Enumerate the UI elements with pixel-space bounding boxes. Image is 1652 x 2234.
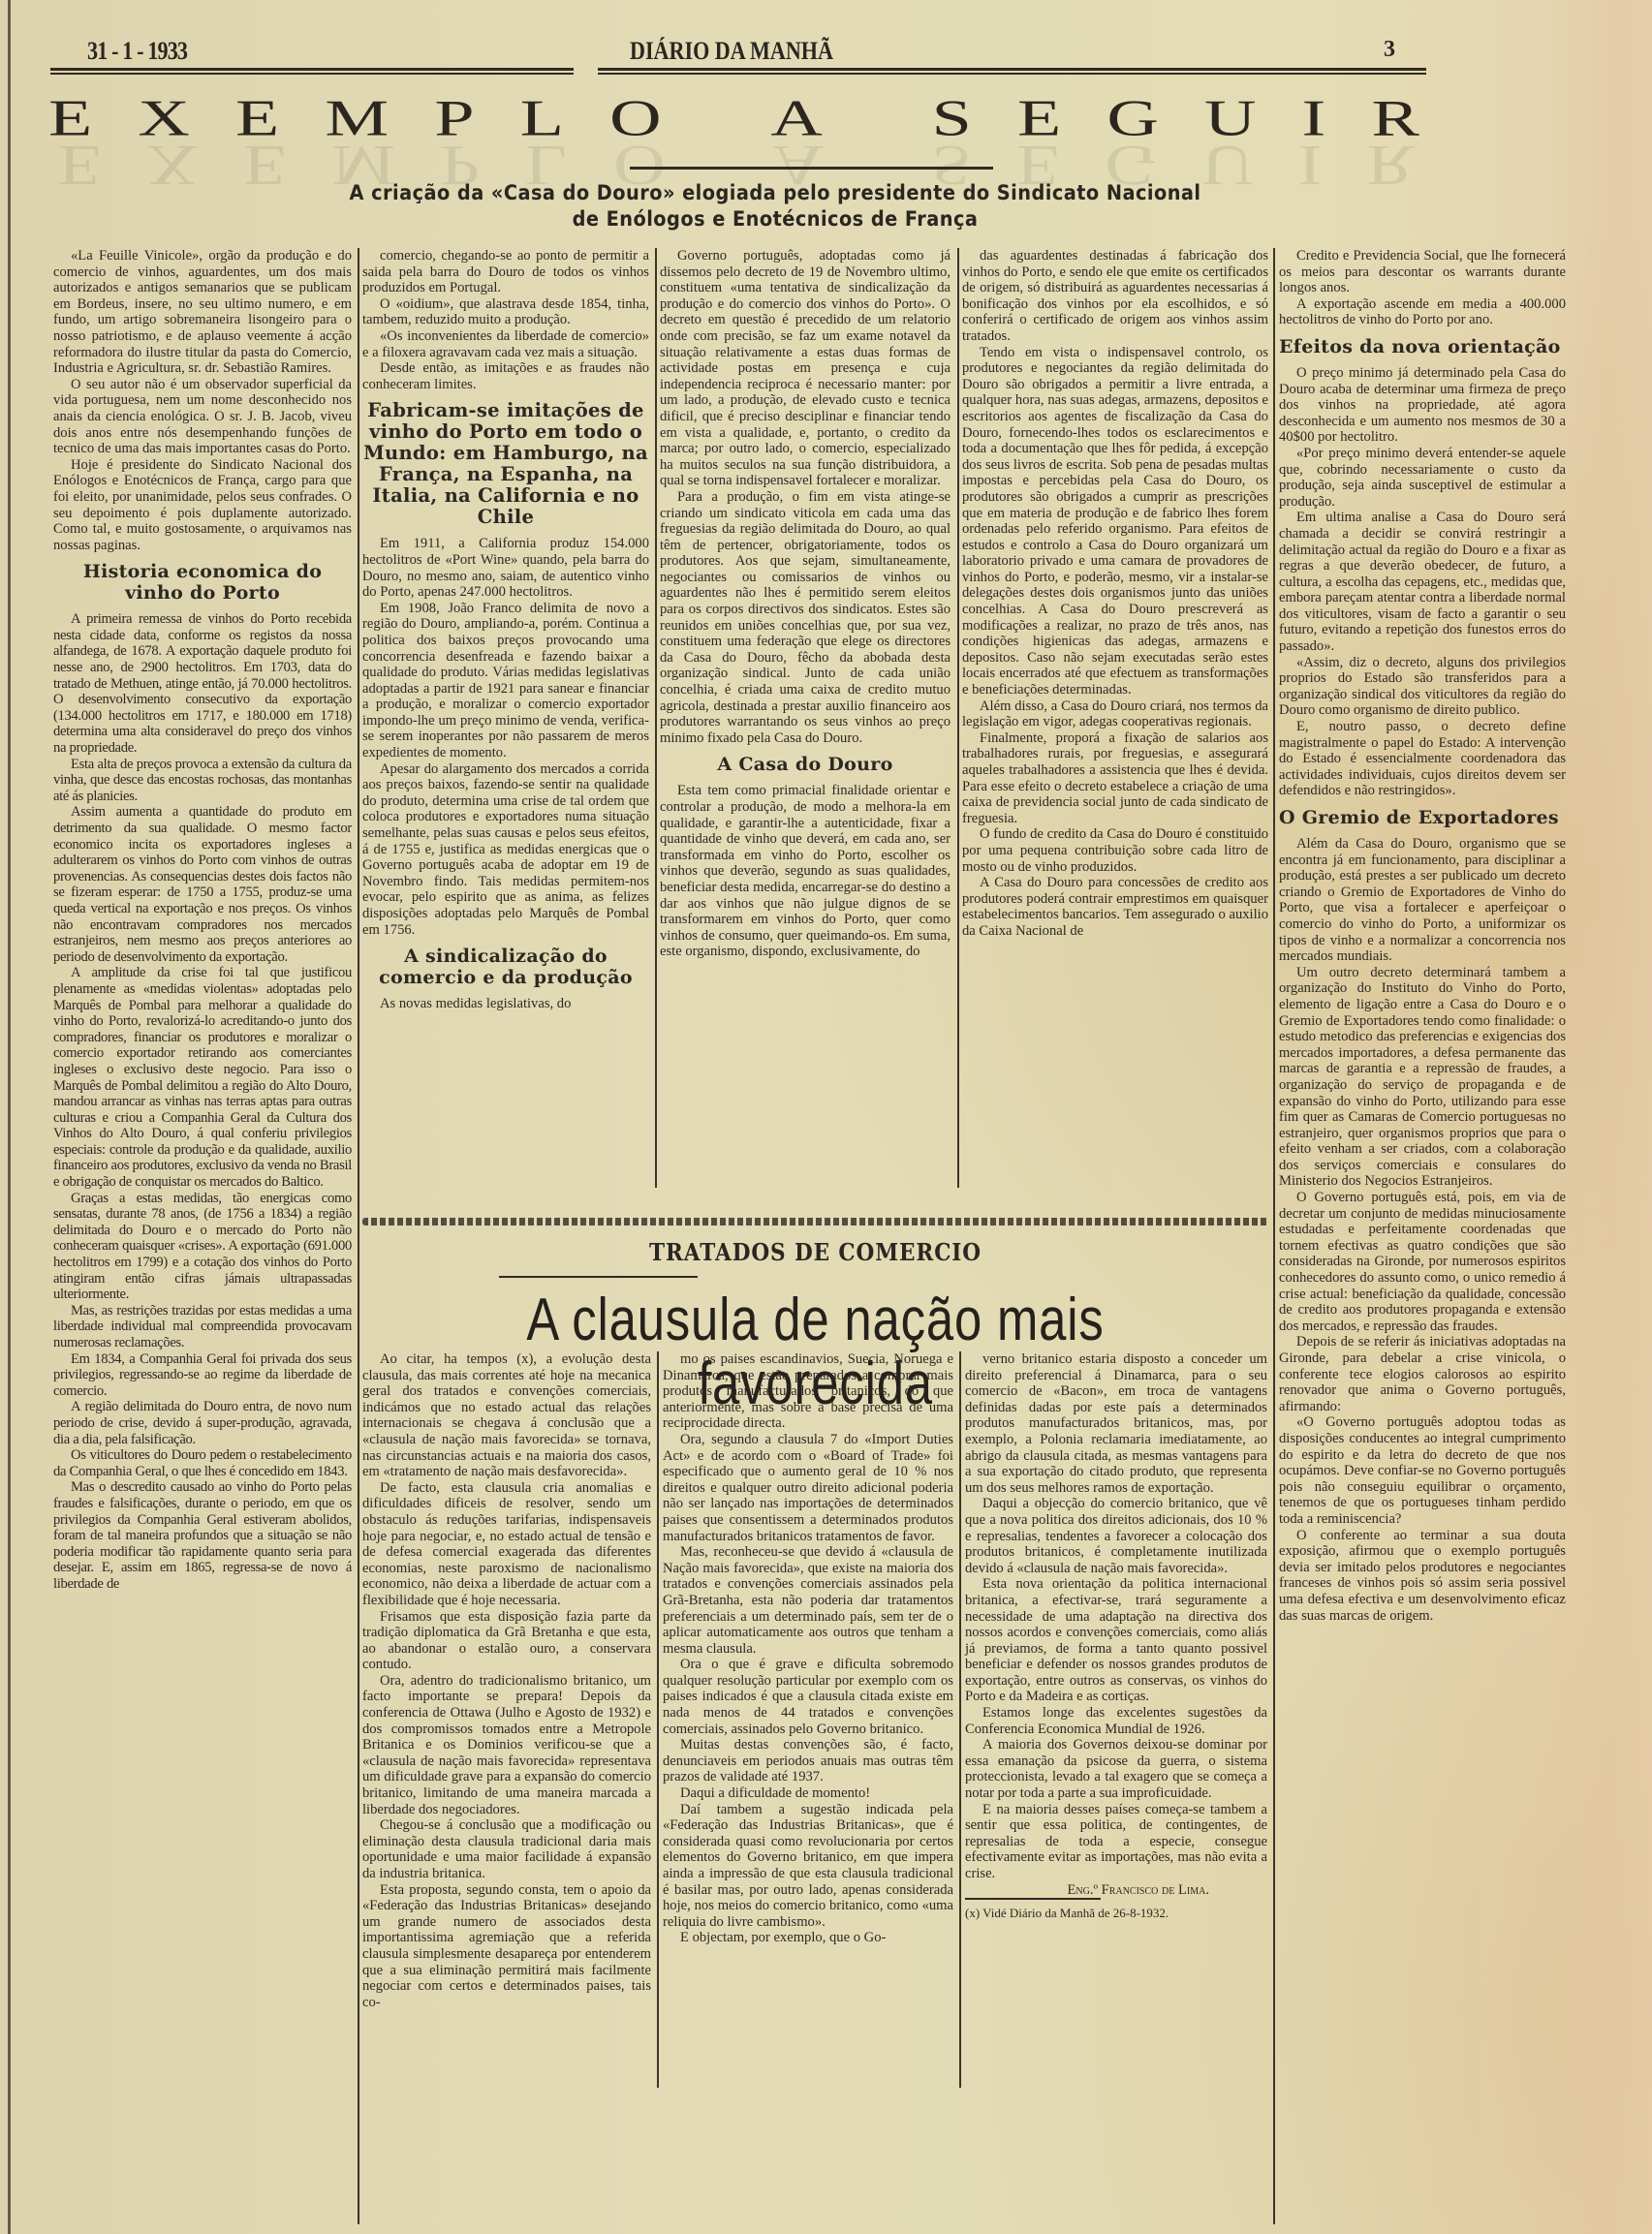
paragraph: Em 1834, a Companhia Geral foi privada d… bbox=[53, 1351, 352, 1400]
newspaper-page: 31 - 1 - 1933 DIÁRIO DA MANHÃ 3 EXEMPLO … bbox=[0, 0, 1652, 2234]
paragraph: A maioria dos Governos deixou-se dominar… bbox=[965, 1737, 1267, 1801]
bleed-letter: E bbox=[58, 151, 102, 198]
issue-date: 31 - 1 - 1933 bbox=[87, 37, 187, 66]
paragraph: Finalmente, proporá a fixação de salario… bbox=[962, 730, 1268, 827]
paragraph: O «oidium», que alastrava desde 1854, ti… bbox=[362, 296, 649, 328]
article1-column-2: comercio, chegando-se ao ponto de permit… bbox=[362, 248, 649, 1012]
paragraph: Mas, as restrições trazidas por estas me… bbox=[53, 1303, 352, 1351]
article2-column-3: verno britanico estaria disposto a conce… bbox=[965, 1351, 1267, 1922]
paragraph: «Por preço minimo deverá entender-se aqu… bbox=[1279, 446, 1566, 510]
paragraph: verno britanico estaria disposto a conce… bbox=[965, 1351, 1267, 1496]
paragraph: Ora, adentro do tradicionalismo britanic… bbox=[362, 1673, 651, 1817]
paragraph: As novas medidas legislativas, do bbox=[362, 996, 649, 1012]
paragraph: Esta nova orientação da politica interna… bbox=[965, 1576, 1267, 1705]
paragraph: O preço minimo já determinado pela Casa … bbox=[1279, 365, 1566, 446]
page-number: 3 bbox=[1384, 37, 1395, 63]
paragraph: «La Feuille Vinicole», orgão da produção… bbox=[53, 248, 352, 377]
paragraph: A primeira remessa de vinhos do Porto re… bbox=[53, 611, 352, 756]
paragraph: «Assim, diz o decreto, alguns dos privil… bbox=[1279, 655, 1566, 719]
paragraph: E objectam, por exemplo, que o Go- bbox=[663, 1930, 953, 1946]
paragraph: A Casa do Douro para concessões de credi… bbox=[962, 875, 1268, 939]
paragraph: Daqui a dificuldade de momento! bbox=[663, 1785, 953, 1802]
headline-rule bbox=[630, 167, 993, 170]
paragraph: Mas o descredito causado ao vinho do Por… bbox=[53, 1479, 352, 1592]
paragraph: Em 1908, João Franco delimita de novo a … bbox=[362, 601, 649, 761]
paragraph: O fundo de credito da Casa do Douro é co… bbox=[962, 826, 1268, 875]
paragraph: Os viticultores do Douro pedem o restabe… bbox=[53, 1447, 352, 1479]
column-divider bbox=[655, 248, 657, 1188]
section-head-tratados: TRATADOS DE COMERCIO bbox=[408, 1238, 1224, 1266]
paragraph: Desde então, as imitações e as fraudes n… bbox=[362, 360, 649, 392]
paragraph: A região delimitada do Douro entra, de n… bbox=[53, 1399, 352, 1447]
author-signature: Eng.º Francisco de Lima. bbox=[965, 1882, 1267, 1899]
section-separator bbox=[362, 1218, 1268, 1226]
paragraph: Graças a estas medidas, tão energicas co… bbox=[53, 1191, 352, 1303]
article2-column-2: mo os paises escandinavios, Suecia, Noru… bbox=[663, 1351, 953, 1946]
paragraph: das aguardentes destinadas á fabricação … bbox=[962, 248, 1268, 345]
paragraph: O Governo português está, pois, em via d… bbox=[1279, 1190, 1566, 1334]
column-divider bbox=[959, 1351, 961, 2088]
paragraph: Esta proposta, segundo consta, tem o apo… bbox=[362, 1882, 651, 2011]
paragraph: comercio, chegando-se ao ponto de permit… bbox=[362, 248, 649, 296]
paragraph: De facto, esta clausula cria anomalias e… bbox=[362, 1480, 651, 1609]
paragraph: Depois de se referir ás iniciativas adop… bbox=[1279, 1334, 1566, 1414]
masthead-rule-left bbox=[50, 68, 574, 75]
column-divider bbox=[358, 248, 359, 2224]
paragraph: Ao citar, ha tempos (x), a evolução dest… bbox=[362, 1351, 651, 1480]
article1-column-5: Credito e Previdencia Social, que lhe fo… bbox=[1279, 248, 1566, 1624]
paragraph: O seu autor não é um observador superfic… bbox=[53, 377, 352, 457]
paragraph: E, noutro passo, o decreto define magist… bbox=[1279, 719, 1566, 799]
paragraph: Estamos longe das excelentes sugestões d… bbox=[965, 1705, 1267, 1737]
paragraph: Em 1911, a California produz 154.000 hec… bbox=[362, 536, 649, 600]
paragraph: Além da Casa do Douro, organismo que se … bbox=[1279, 836, 1566, 965]
paragraph: Esta tem como primacial finalidade orien… bbox=[660, 783, 951, 960]
paragraph: Um outro decreto determinará tambem a or… bbox=[1279, 965, 1566, 1190]
paragraph: Além disso, a Casa do Douro criará, nos … bbox=[962, 698, 1268, 730]
paragraph: Mas, reconheceu-se que devido á «clausul… bbox=[663, 1544, 953, 1657]
footnote: (x) Vidé Diário da Manhã de 26-8-1932. bbox=[965, 1898, 1101, 1922]
paragraph: Chegou-se á conclusão que a modificação … bbox=[362, 1817, 651, 1881]
paragraph: Hoje é presidente do Sindicato Nacional … bbox=[53, 457, 352, 554]
subheadline-line-1: A criação da «Casa do Douro» elogiada pe… bbox=[151, 181, 1399, 204]
newspaper-name: DIÁRIO DA MANHÃ bbox=[630, 37, 833, 66]
heading-gremio-exportadores: O Gremio de Exportadores bbox=[1279, 807, 1566, 828]
paragraph: mo os paises escandinavios, Suecia, Noru… bbox=[663, 1351, 953, 1432]
column-divider bbox=[1273, 248, 1275, 2224]
paragraph: Muitas destas convenções são, é facto, d… bbox=[663, 1737, 953, 1785]
fold-line bbox=[8, 0, 11, 2234]
heading-casa-do-douro: A Casa do Douro bbox=[660, 754, 951, 775]
paragraph: O conferente ao terminar a sua douta exp… bbox=[1279, 1528, 1566, 1625]
paragraph: Em ultima analise a Casa do Douro será c… bbox=[1279, 510, 1566, 654]
heading-fabricam-se-imitacoes: Fabricam-se imitações de vinho do Porto … bbox=[362, 400, 649, 528]
masthead-rule-right bbox=[598, 68, 1426, 75]
heading-sindicalizacao: A sindicalização do comercio e da produç… bbox=[362, 946, 649, 988]
paragraph: E na maioria desses países começa-se tam… bbox=[965, 1802, 1267, 1882]
paragraph: A amplitude da crise foi tal que justifi… bbox=[53, 965, 352, 1190]
paragraph: Para a produção, o fim em vista atinge-s… bbox=[660, 489, 951, 747]
paragraph: Daí tambem a sugestão indicada pela «Fed… bbox=[663, 1802, 953, 1931]
paragraph: «Os inconvenientes da liberdade de comer… bbox=[362, 328, 649, 360]
paragraph: Tendo em vista o indispensavel controlo,… bbox=[962, 345, 1268, 698]
article1-column-1: «La Feuille Vinicole», orgão da produção… bbox=[53, 248, 352, 1593]
article1-column-3: Governo português, adoptadas como já dis… bbox=[660, 248, 951, 960]
paragraph: Frisamos que esta disposição fazia parte… bbox=[362, 1609, 651, 1673]
paragraph: A exportação ascende em media a 400.000 … bbox=[1279, 296, 1566, 328]
paragraph: Assim aumenta a quantidade do produto em… bbox=[53, 804, 352, 965]
paragraph: Esta alta de preços provoca a extensão d… bbox=[53, 757, 352, 805]
subheadline-line-2: de Enólogos e Enotécnicos de França bbox=[151, 207, 1399, 231]
paragraph: Daqui a objecção do comercio britanico, … bbox=[965, 1496, 1267, 1576]
section-rule bbox=[601, 1276, 698, 1278]
heading-efeitos-nova-orientacao: Efeitos da nova orientação bbox=[1279, 336, 1566, 357]
column-divider bbox=[957, 248, 959, 1188]
paragraph: Apesar do alargamento dos mercados a cor… bbox=[362, 761, 649, 939]
paragraph: Governo português, adoptadas como já dis… bbox=[660, 248, 951, 489]
article1-column-4: das aguardentes destinadas á fabricação … bbox=[962, 248, 1268, 940]
column-divider bbox=[657, 1351, 659, 2088]
paragraph: Ora o que é grave e dificulta sobremodo … bbox=[663, 1657, 953, 1737]
heading-historia-economica: Historia economica do vinho do Porto bbox=[53, 561, 352, 604]
paragraph: Credito e Previdencia Social, que lhe fo… bbox=[1279, 248, 1566, 296]
article2-column-1: Ao citar, ha tempos (x), a evolução dest… bbox=[362, 1351, 651, 2010]
paragraph: Ora, segundo a clausula 7 do «Import Dut… bbox=[663, 1432, 953, 1544]
masthead: 31 - 1 - 1933 DIÁRIO DA MANHÃ 3 bbox=[48, 37, 1415, 66]
paragraph: «O Governo português adoptou todas as di… bbox=[1279, 1414, 1566, 1527]
